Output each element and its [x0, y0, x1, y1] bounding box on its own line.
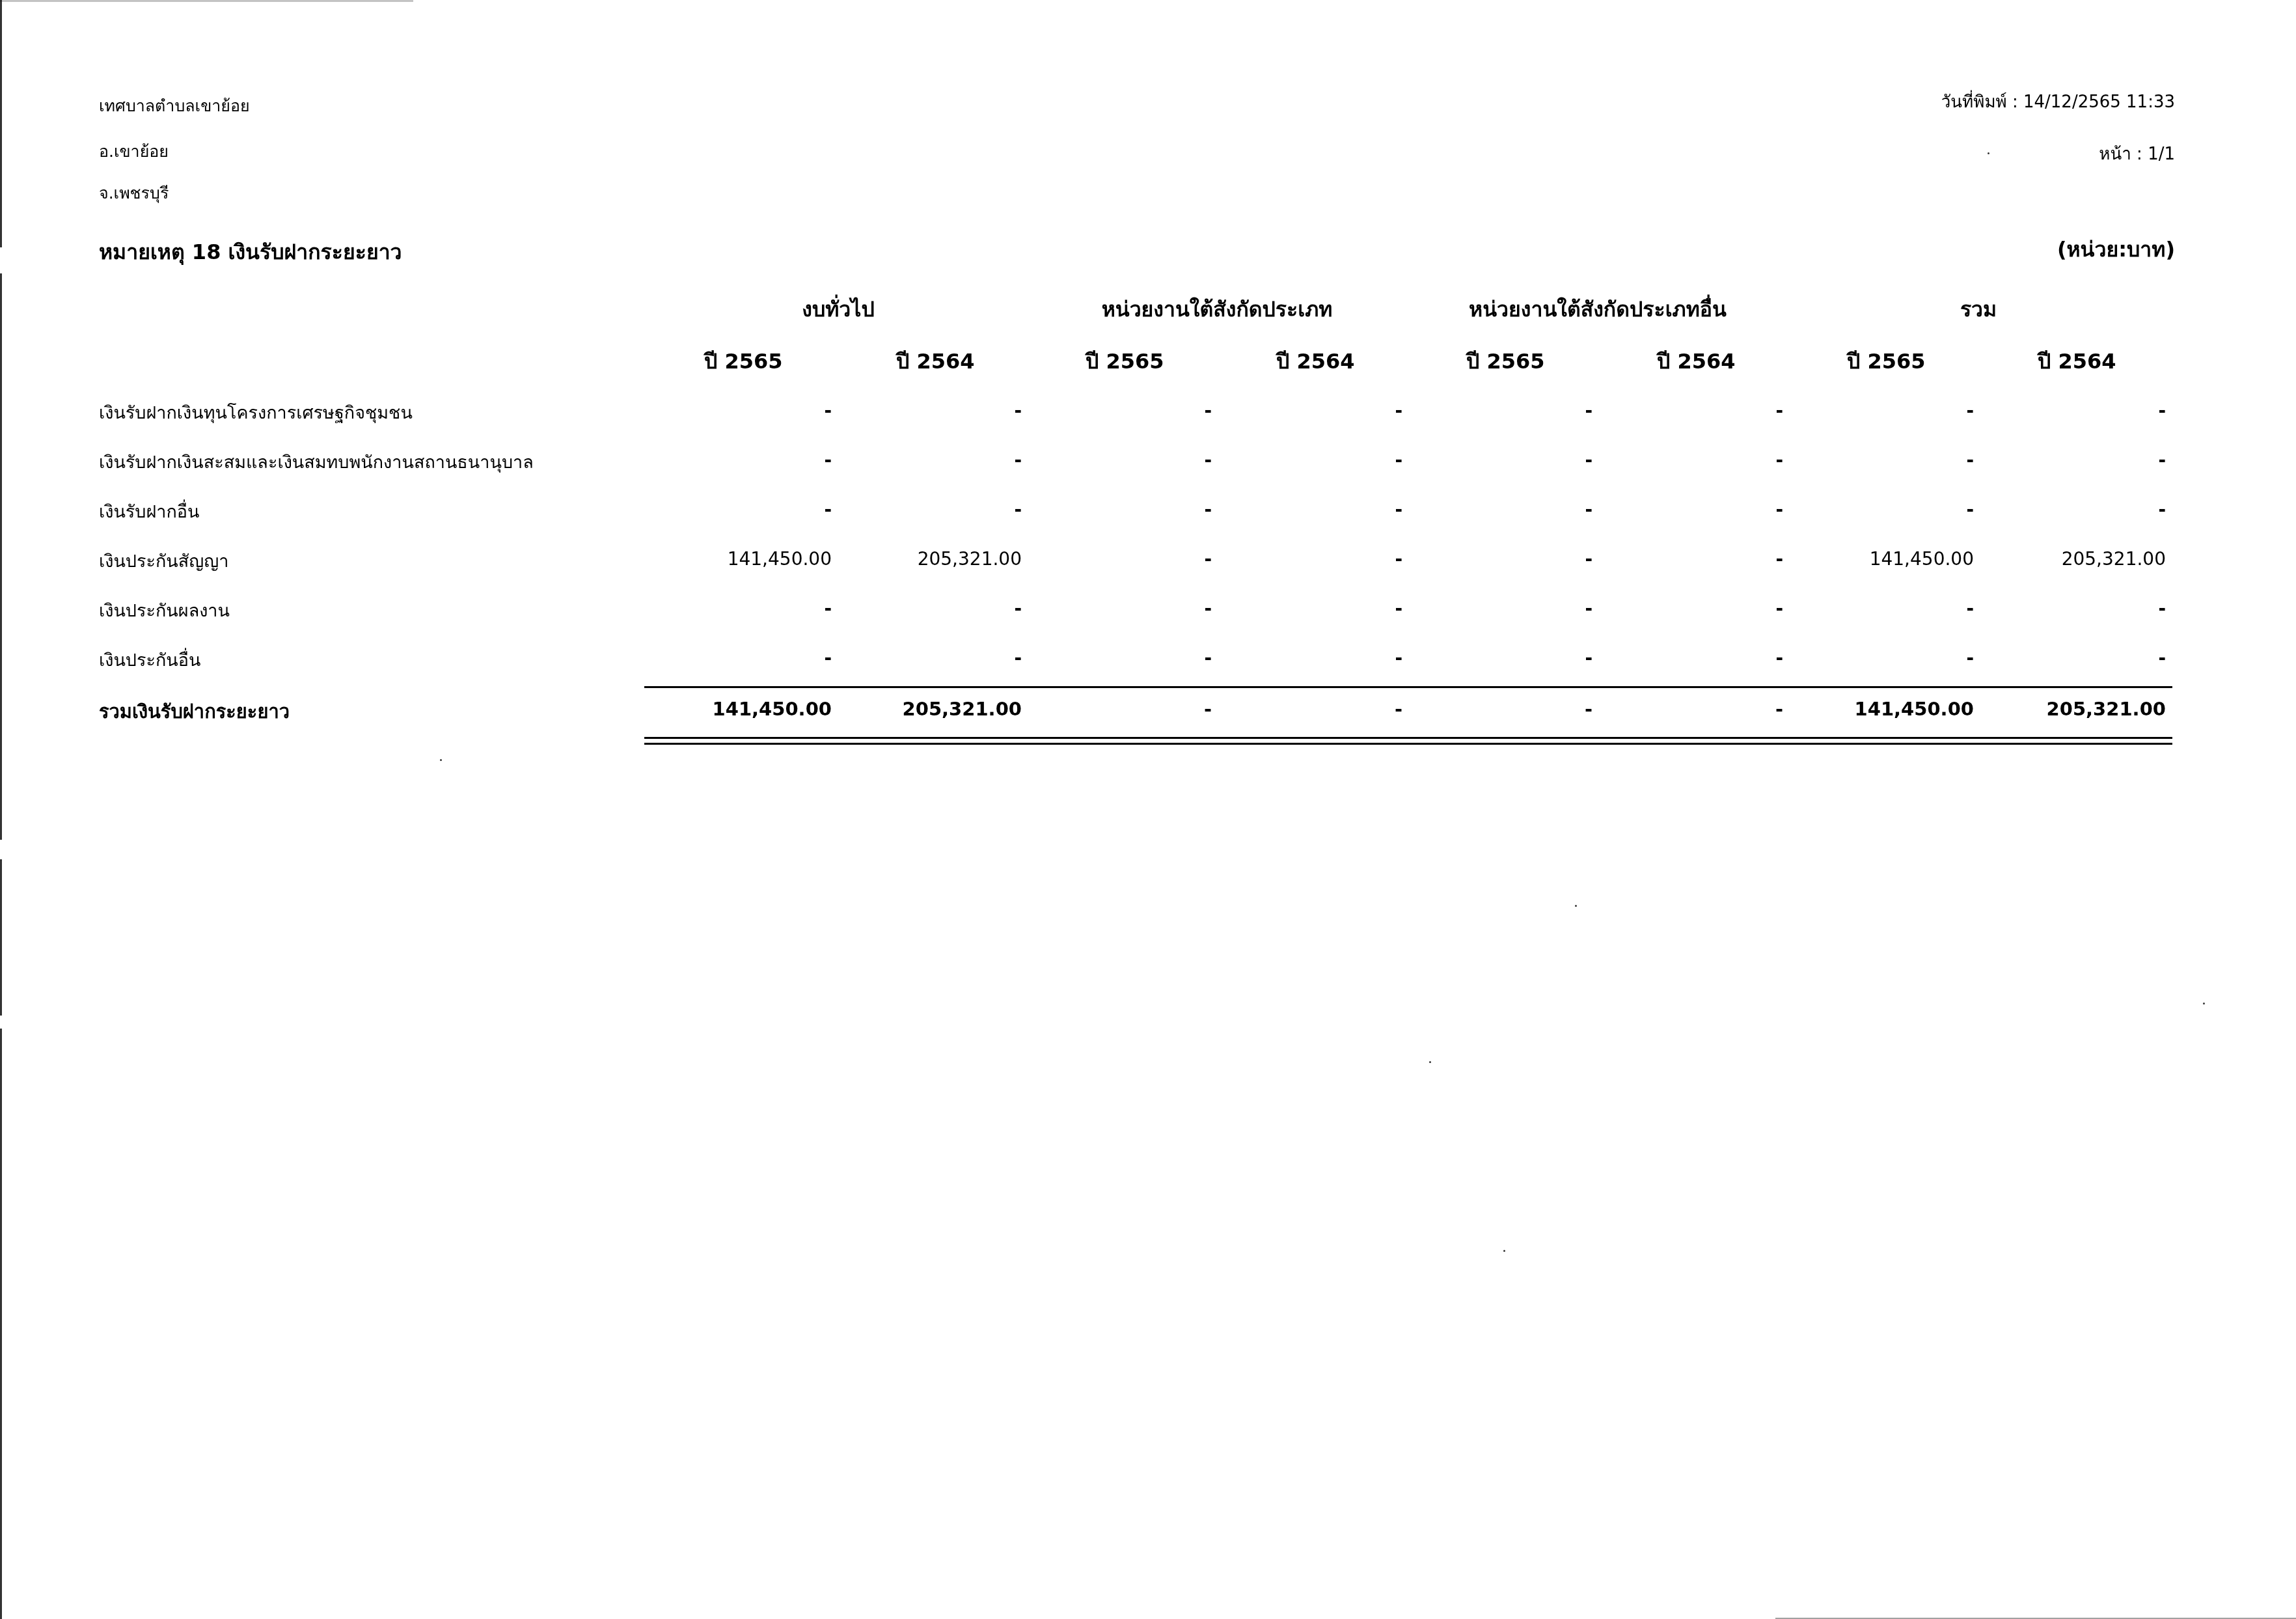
- amount-cell: -: [1966, 400, 1974, 421]
- amount-cell: -: [1395, 598, 1402, 619]
- amount-cell: -: [1204, 598, 1212, 619]
- year-column-header: ปี 2564: [1276, 345, 1355, 378]
- amount-cell: -: [1585, 598, 1592, 619]
- scan-left-edge: [0, 0, 2, 1619]
- amount-cell: 205,321.00: [2062, 548, 2166, 570]
- amount-cell: -: [1775, 598, 1783, 619]
- year-column-header: ปี 2564: [896, 345, 975, 378]
- scan-top-edge: [0, 0, 2296, 2]
- scan-edge-gap: [0, 247, 2, 273]
- amount-cell: -: [1395, 400, 1402, 421]
- total-double-rule-top: [644, 737, 2172, 739]
- year-column-header: ปี 2565: [1086, 345, 1164, 378]
- scan-edge-gap: [0, 840, 2, 859]
- amount-cell: -: [1395, 548, 1402, 570]
- district: อ.เขาย้อย: [99, 142, 169, 161]
- amount-cell: -: [1204, 499, 1212, 520]
- amount-cell: -: [1014, 647, 1022, 669]
- unit-label: (หน่วย:บาท): [2057, 233, 2175, 266]
- column-group-header: รวม: [1960, 293, 1997, 326]
- row-label: เงินรับฝากเงินสะสมและเงินสมทบพนักงานสถาน…: [99, 448, 534, 476]
- year-column-header: ปี 2565: [1466, 345, 1545, 378]
- amount-cell: 205,321.00: [903, 698, 1022, 720]
- amount-cell: -: [1204, 698, 1212, 720]
- report-title: หมายเหตุ 18 เงินรับฝากระยะยาว: [99, 236, 402, 269]
- amount-cell: -: [1204, 449, 1212, 471]
- amount-cell: -: [1395, 449, 1402, 471]
- amount-cell: -: [1775, 698, 1783, 720]
- amount-cell: -: [1966, 598, 1974, 619]
- amount-cell: 141,450.00: [1855, 698, 1974, 720]
- amount-cell: -: [1014, 449, 1022, 471]
- row-label: เงินรับฝากเงินทุนโครงการเศรษฐกิจชุมชน: [99, 398, 413, 426]
- amount-cell: -: [2158, 400, 2166, 421]
- amount-cell: -: [1966, 499, 1974, 520]
- amount-cell: -: [2158, 449, 2166, 471]
- amount-cell: 205,321.00: [2047, 698, 2166, 720]
- row-label: เงินประกันสัญญา: [99, 547, 228, 575]
- scan-speck: [1575, 905, 1577, 907]
- row-label: เงินรับฝากอื่น: [99, 497, 200, 525]
- column-group-header: งบทั่วไป: [802, 293, 874, 326]
- amount-cell: -: [1775, 647, 1783, 669]
- scan-speck: [440, 759, 442, 761]
- scan-speck: [1429, 1061, 1431, 1063]
- column-group-header: หน่วยงานใต้สังกัดประเภท: [1102, 293, 1333, 326]
- row-label: เงินประกันผลงาน: [99, 596, 230, 624]
- amount-cell: -: [1585, 400, 1592, 421]
- amount-cell: -: [1585, 698, 1592, 720]
- amount-cell: -: [1395, 698, 1402, 720]
- amount-cell: -: [1775, 548, 1783, 570]
- scan-speck: [1988, 152, 1989, 154]
- total-label: รวมเงินรับฝากระยะยาว: [99, 697, 290, 726]
- amount-cell: -: [1014, 499, 1022, 520]
- year-column-header: ปี 2565: [1847, 345, 1926, 378]
- scan-speck: [2203, 1003, 2205, 1004]
- amount-cell: 205,321.00: [918, 548, 1022, 570]
- amount-cell: -: [824, 598, 832, 619]
- amount-cell: -: [1966, 449, 1974, 471]
- amount-cell: -: [1204, 647, 1212, 669]
- amount-cell: -: [1585, 499, 1592, 520]
- amount-cell: -: [1395, 499, 1402, 520]
- column-group-header: หน่วยงานใต้สังกัดประเภทอื่น: [1469, 293, 1727, 326]
- amount-cell: -: [2158, 598, 2166, 619]
- year-column-header: ปี 2564: [2038, 345, 2116, 378]
- year-column-header: ปี 2564: [1657, 345, 1736, 378]
- amount-cell: -: [1775, 499, 1783, 520]
- org-name: เทศบาลตำบลเขาย้อย: [99, 96, 250, 116]
- print-date: วันที่พิมพ์ : 14/12/2565 11:33: [1941, 92, 2175, 112]
- amount-cell: -: [1966, 647, 1974, 669]
- amount-cell: -: [1014, 400, 1022, 421]
- scan-edge-gap: [0, 1016, 2, 1029]
- year-column-header: ปี 2565: [704, 345, 783, 378]
- amount-cell: -: [1395, 647, 1402, 669]
- total-double-rule-bottom: [644, 743, 2172, 745]
- amount-cell: -: [1204, 400, 1212, 421]
- amount-cell: 141,450.00: [728, 548, 832, 570]
- amount-cell: -: [824, 647, 832, 669]
- amount-cell: -: [1585, 449, 1592, 471]
- scan-speck: [1503, 1250, 1505, 1252]
- row-label: เงินประกันอื่น: [99, 646, 201, 674]
- subtotal-rule: [644, 686, 2172, 688]
- amount-cell: -: [1585, 647, 1592, 669]
- amount-cell: -: [824, 499, 832, 520]
- province: จ.เพชรบุรี: [99, 184, 169, 203]
- amount-cell: -: [824, 400, 832, 421]
- amount-cell: 141,450.00: [713, 698, 832, 720]
- amount-cell: -: [1775, 400, 1783, 421]
- amount-cell: 141,450.00: [1870, 548, 1974, 570]
- amount-cell: -: [1775, 449, 1783, 471]
- amount-cell: -: [1585, 548, 1592, 570]
- amount-cell: -: [824, 449, 832, 471]
- amount-cell: -: [2158, 499, 2166, 520]
- amount-cell: -: [2158, 647, 2166, 669]
- amount-cell: -: [1014, 598, 1022, 619]
- page-number: หน้า : 1/1: [2099, 145, 2175, 164]
- amount-cell: -: [1204, 548, 1212, 570]
